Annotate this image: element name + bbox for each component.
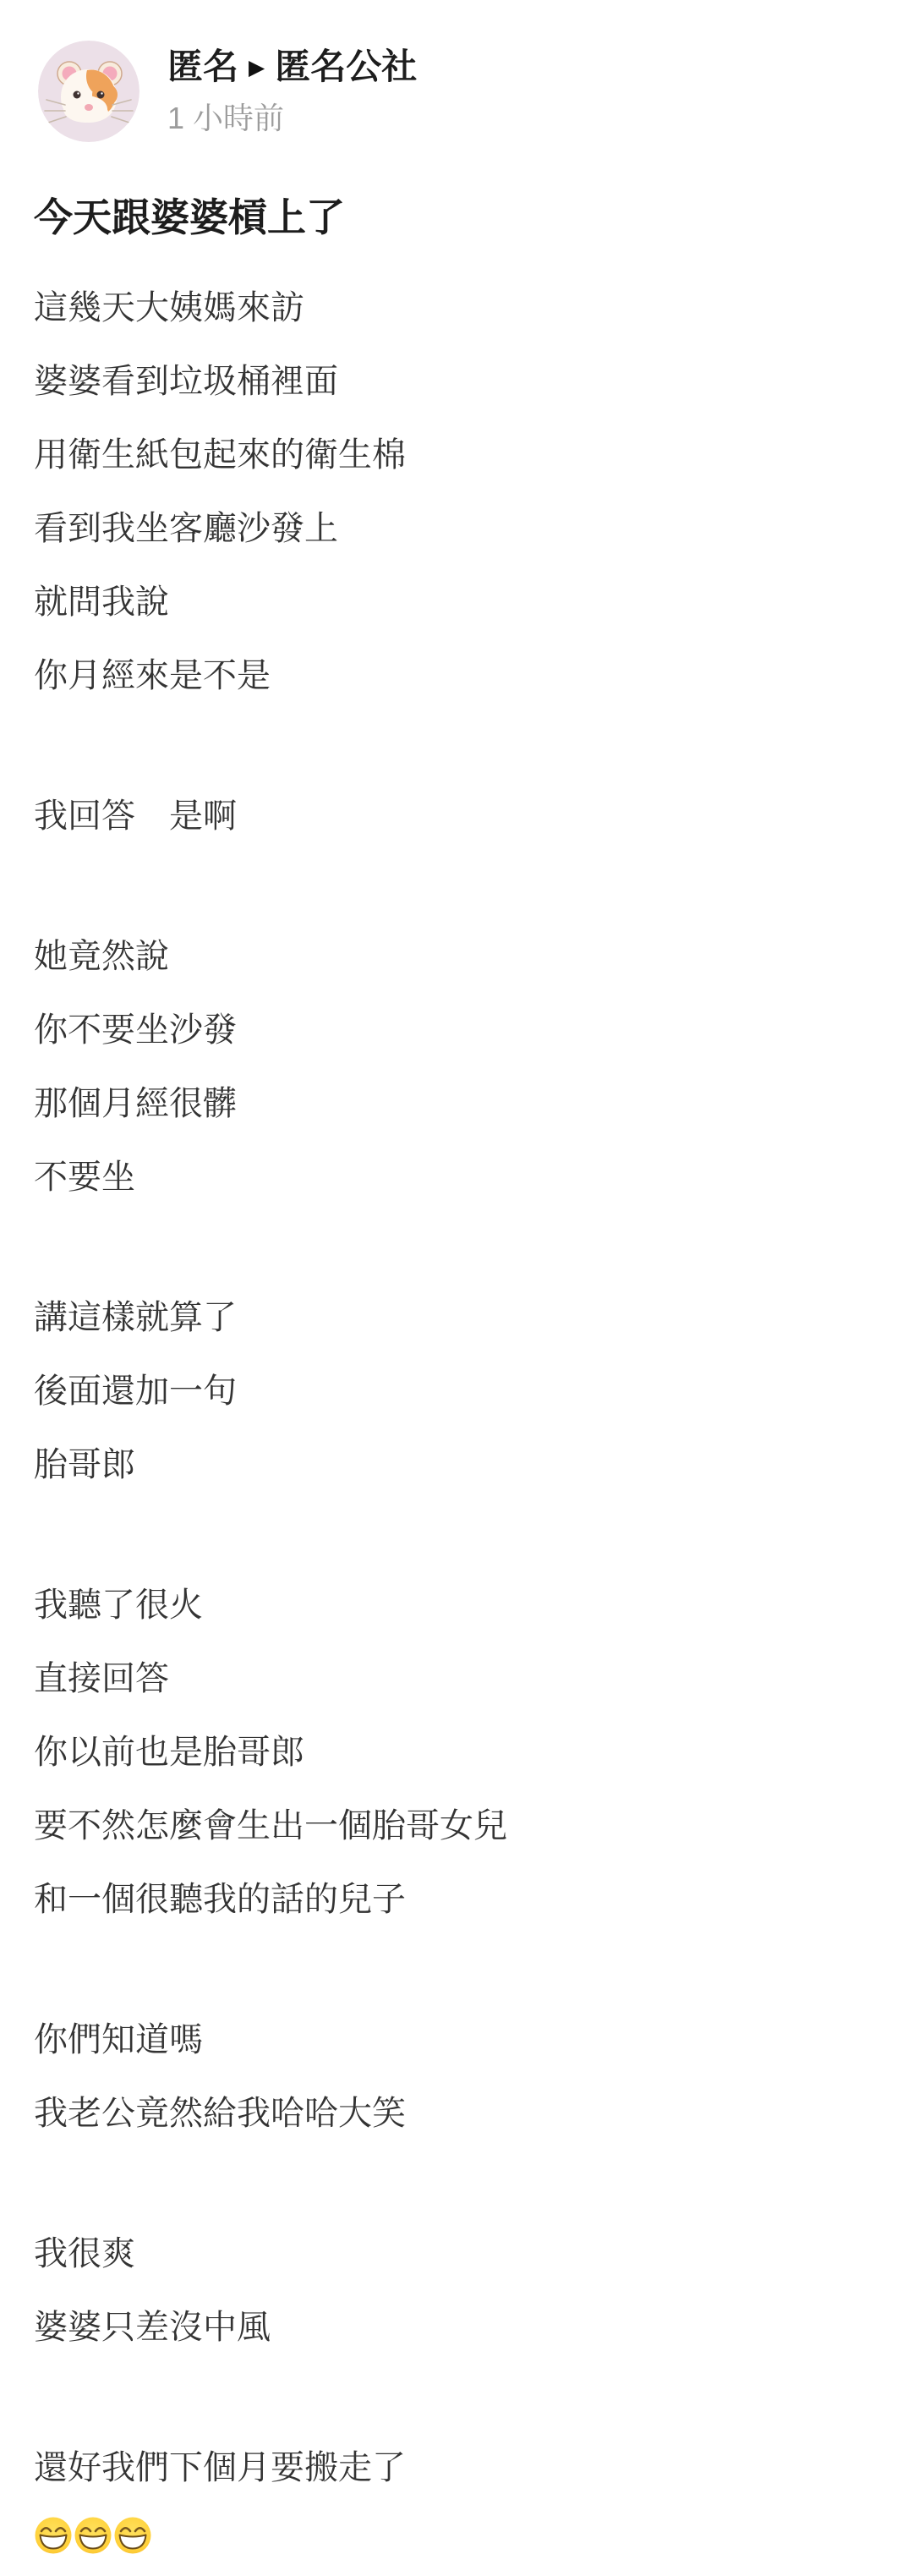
post-line: 這幾天大姨媽來訪 xyxy=(34,271,874,345)
grinning-emoji-icon xyxy=(113,2516,152,2555)
post-paragraph: 我回答 是啊 xyxy=(34,780,874,853)
post-line: 後面還加一句 xyxy=(34,1355,874,1428)
post-line: 就問我說 xyxy=(34,566,874,639)
board-name: 匿名公社 xyxy=(275,47,417,86)
hamster-emoji-icon xyxy=(38,41,139,142)
post-line: 我很爽 xyxy=(34,2217,874,2291)
post-timestamp: 1 小時前 xyxy=(167,98,284,139)
post-line: 還好我們下個月要搬走了 xyxy=(34,2431,874,2505)
post-page: 匿名▶匿名公社 1 小時前 今天跟婆婆槓上了 這幾天大姨媽來訪婆婆看到垃圾桶裡面… xyxy=(0,0,908,2576)
post-line: 你不要坐沙發 xyxy=(34,994,874,1067)
post-line: 和一個很聽我的話的兒子 xyxy=(34,1863,874,1937)
post-paragraph: 我很爽婆婆只差沒中風 xyxy=(34,2217,874,2365)
post-line: 你以前也是胎哥郎 xyxy=(34,1716,874,1789)
post-line: 你月經來是不是 xyxy=(34,639,874,713)
emoji-row xyxy=(34,2516,874,2555)
post-paragraph: 講這樣就算了後面還加一句胎哥郎 xyxy=(34,1281,874,1502)
post-line: 直接回答 xyxy=(34,1642,874,1716)
post-paragraph: 你們知道嗎我老公竟然給我哈哈大笑 xyxy=(34,2003,874,2151)
post-line: 不要坐 xyxy=(34,1141,874,1214)
post-line: 她竟然說 xyxy=(34,920,874,994)
grinning-emoji-icon xyxy=(34,2516,73,2555)
post-body: 這幾天大姨媽來訪婆婆看到垃圾桶裡面用衛生紙包起來的衛生棉看到我坐客廳沙發上就問我… xyxy=(34,271,874,2555)
post-paragraph: 她竟然說你不要坐沙發那個月經很髒不要坐 xyxy=(34,920,874,1214)
arrow-separator-icon: ▶ xyxy=(249,45,265,90)
post-line: 用衛生紙包起來的衛生棉 xyxy=(34,419,874,492)
avatar xyxy=(38,41,139,142)
post-line: 看到我坐客廳沙發上 xyxy=(34,492,874,566)
post-line: 婆婆只差沒中風 xyxy=(34,2291,874,2365)
post-line: 我回答 是啊 xyxy=(34,780,874,853)
post-paragraph: 還好我們下個月要搬走了 xyxy=(34,2431,874,2505)
author-board-link[interactable]: 匿名▶匿名公社 xyxy=(167,44,417,95)
post-line: 你們知道嗎 xyxy=(34,2003,874,2077)
post-line: 要不然怎麼會生出一個胎哥女兒 xyxy=(34,1789,874,1863)
post-paragraphs: 這幾天大姨媽來訪婆婆看到垃圾桶裡面用衛生紙包起來的衛生棉看到我坐客廳沙發上就問我… xyxy=(34,271,874,2505)
post-line: 那個月經很髒 xyxy=(34,1067,874,1141)
author-name: 匿名 xyxy=(167,47,238,86)
post-line: 婆婆看到垃圾桶裡面 xyxy=(34,345,874,419)
post-line: 講這樣就算了 xyxy=(34,1281,874,1355)
post-line: 我聽了很火 xyxy=(34,1569,874,1642)
post-paragraph: 我聽了很火直接回答你以前也是胎哥郎要不然怎麼會生出一個胎哥女兒和一個很聽我的話的… xyxy=(34,1569,874,1937)
post-title: 今天跟婆婆槓上了 xyxy=(34,191,345,244)
post-line: 我老公竟然給我哈哈大笑 xyxy=(34,2077,874,2151)
post-line: 胎哥郎 xyxy=(34,1428,874,1502)
grinning-emoji-icon xyxy=(74,2516,112,2555)
post-paragraph: 這幾天大姨媽來訪婆婆看到垃圾桶裡面用衛生紙包起來的衛生棉看到我坐客廳沙發上就問我… xyxy=(34,271,874,713)
